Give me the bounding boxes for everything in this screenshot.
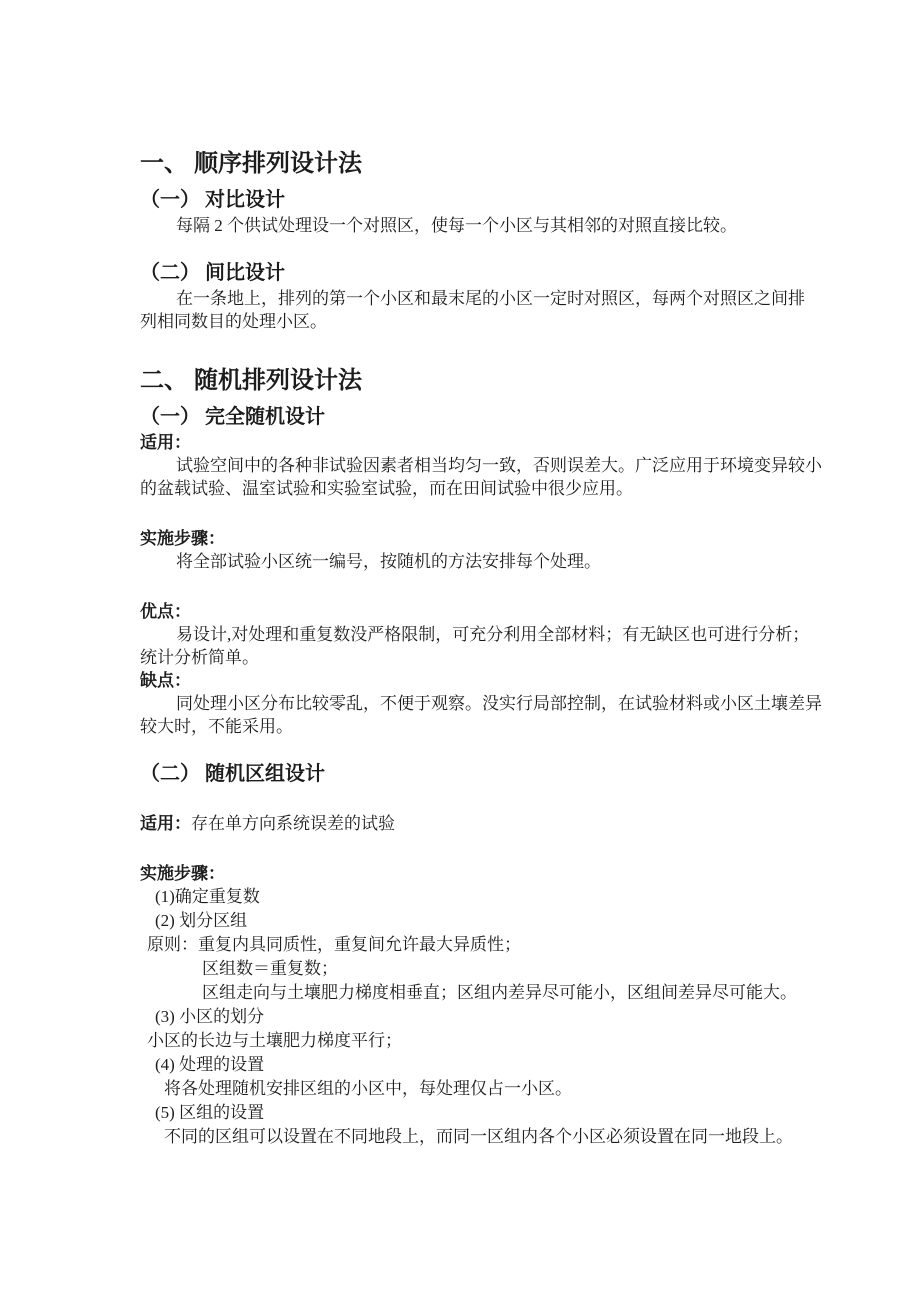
section-label: 适用： — [140, 431, 860, 454]
paragraph: 易设计,对处理和重复数没严格限制，可充分利用全部材料；有无缺区也可进行分析；统计… — [140, 623, 860, 669]
section-label: 缺点： — [140, 669, 860, 692]
paragraph-line: 列相同数目的处理小区。 — [140, 310, 860, 333]
paragraph: 试验空间中的各种非试验因素者相当均匀一致，否则误差大。广泛应用于环境变异较小的盆… — [140, 454, 860, 500]
paragraph-line: 在一条地上，排列的第一个小区和最末尾的小区一定时对照区，每两个对照区之间排 — [140, 287, 860, 310]
paragraph: 每隔 2 个供试处理设一个对照区，使每一个小区与其相邻的对照直接比较。 — [140, 214, 860, 237]
paragraph-line: 较大时，不能采用。 — [140, 715, 860, 738]
list-line: (2) 划分区组 — [140, 909, 860, 933]
paragraph: 将全部试验小区统一编号，按随机的方法安排每个处理。 — [140, 550, 860, 573]
paragraph-line: 每隔 2 个供试处理设一个对照区，使每一个小区与其相邻的对照直接比较。 — [140, 214, 860, 237]
paragraph: 在一条地上，排列的第一个小区和最末尾的小区一定时对照区，每两个对照区之间排列相同… — [140, 287, 860, 333]
inline-label: 适用： — [140, 814, 191, 833]
section-label: 实施步骤： — [140, 527, 860, 550]
paragraph-line: 的盆载试验、温室试验和实验室试验，而在田间试验中很少应用。 — [140, 477, 860, 500]
paragraph-line: 易设计,对处理和重复数没严格限制，可充分利用全部材料；有无缺区也可进行分析； — [140, 623, 860, 646]
paragraph-line: 同处理小区分布比较零乱，不便于观察。没实行局部控制，在试验材料或小区土壤差异 — [140, 692, 860, 715]
list-line: 区组数＝重复数； — [140, 957, 860, 981]
section-label: 优点： — [140, 600, 860, 623]
list-line: (4) 处理的设置 — [140, 1053, 860, 1077]
heading-2: （二） 随机区组设计 — [140, 760, 860, 788]
list-line: 原则：重复内具同质性，重复间允许最大异质性； — [140, 933, 860, 957]
list-line: (1)确定重复数 — [140, 885, 860, 909]
heading-1: 二、 随机排列设计法 — [140, 365, 860, 397]
list-line: 小区的长边与土壤肥力梯度平行； — [140, 1029, 860, 1053]
document-page: 一、 顺序排列设计法（一） 对比设计每隔 2 个供试处理设一个对照区，使每一个小… — [0, 0, 920, 1302]
paragraph-line: 试验空间中的各种非试验因素者相当均匀一致，否则误差大。广泛应用于环境变异较小 — [140, 454, 860, 477]
numbered-list: (1)确定重复数(2) 划分区组原则：重复内具同质性，重复间允许最大异质性；区组… — [140, 885, 860, 1149]
heading-2: （一） 完全随机设计 — [140, 403, 860, 431]
heading-1: 一、 顺序排列设计法 — [140, 148, 860, 180]
section-label: 实施步骤： — [140, 862, 860, 885]
list-line: 不同的区组可以设置在不同地段上，而同一区组内各个小区必须设置在同一地段上。 — [140, 1125, 860, 1149]
inline-text: 存在单方向系统误差的试验 — [191, 814, 395, 833]
paragraph-line: 统计分析简单。 — [140, 646, 860, 669]
list-line: (5) 区组的设置 — [140, 1101, 860, 1125]
document-body: 一、 顺序排列设计法（一） 对比设计每隔 2 个供试处理设一个对照区，使每一个小… — [140, 148, 860, 1149]
heading-2: （二） 间比设计 — [140, 259, 860, 287]
heading-2: （一） 对比设计 — [140, 186, 860, 214]
paragraph-line: 将全部试验小区统一编号，按随机的方法安排每个处理。 — [140, 550, 860, 573]
list-line: 将各处理随机安排区组的小区中，每处理仅占一小区。 — [140, 1077, 860, 1101]
paragraph: 同处理小区分布比较零乱，不便于观察。没实行局部控制，在试验材料或小区土壤差异较大… — [140, 692, 860, 738]
label-line: 适用：存在单方向系统误差的试验 — [140, 812, 860, 835]
list-line: 区组走向与土壤肥力梯度相垂直；区组内差异尽可能小，区组间差异尽可能大。 — [140, 981, 860, 1005]
list-line: (3) 小区的划分 — [140, 1005, 860, 1029]
